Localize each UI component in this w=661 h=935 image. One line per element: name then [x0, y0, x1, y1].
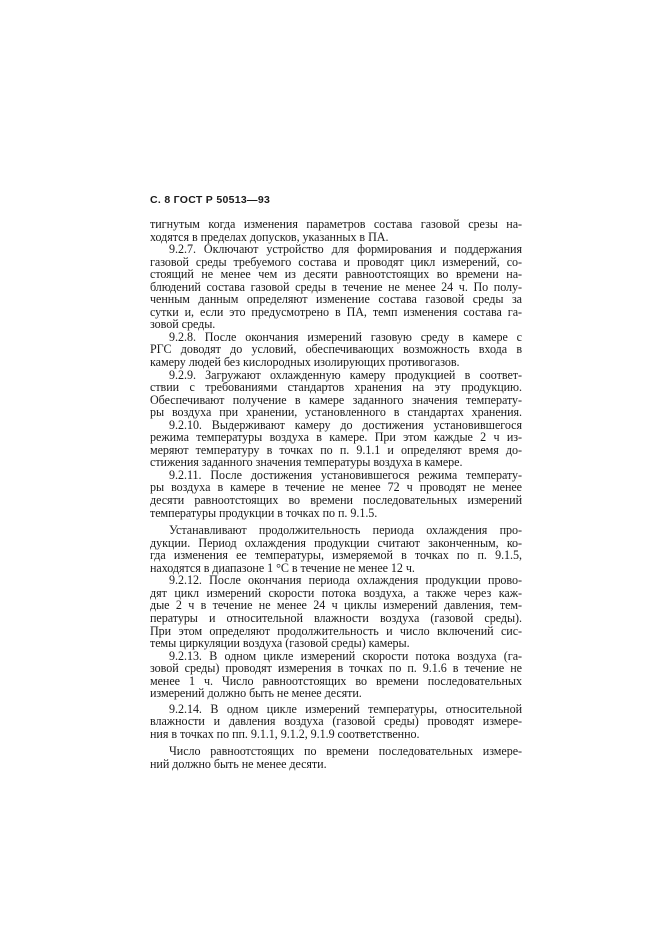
text-line: ры воздуха при хранении, установленного …: [150, 406, 522, 419]
text-line: темы циркуляции воздуха (газовой среды) …: [150, 637, 522, 650]
text-line: режима температуры воздуха в камере. При…: [150, 431, 522, 444]
paragraph-9-2-8: 9.2.8. После окончания измерений газовую…: [150, 331, 522, 369]
paragraph-9-2-14: 9.2.14. В одном цикле измерений температ…: [150, 703, 522, 741]
paragraph-9-2-9: 9.2.9. Загружают охлажденную камеру прод…: [150, 369, 522, 419]
text-line: ствии с требованиями стандартов хранения…: [150, 381, 522, 394]
text-line: стоящий не менее чем из десяти равноотст…: [150, 268, 522, 281]
text-line: зовой среды) проводят измерения в точках…: [150, 662, 522, 675]
paragraph-9-2-11: 9.2.11. После достижения установившегося…: [150, 469, 522, 519]
body-text: тигнутым когда изменения параметров сост…: [150, 218, 522, 771]
text-line: пературы и относительной влажности возду…: [150, 612, 522, 625]
paragraph-9-2-12: 9.2.12. После окончания периода охлажден…: [150, 574, 522, 649]
text-line: измерений должно быть не менее десяти.: [150, 687, 522, 700]
paragraph-9-2-13: 9.2.13. В одном цикле измерений скорости…: [150, 650, 522, 700]
paragraph-continuation: тигнутым когда изменения параметров сост…: [150, 218, 522, 243]
text-line: гда изменения ее температуры, измеряемой…: [150, 549, 522, 562]
text-line: ния в точках по пп. 9.1.1, 9.1.2, 9.1.9 …: [150, 728, 522, 741]
text-line: 9.2.12. После окончания периода охлажден…: [150, 574, 522, 587]
text-line: влажности и давления воздуха (газовой ср…: [150, 715, 522, 728]
running-head: С. 8 ГОСТ Р 50513—93: [150, 194, 522, 207]
paragraph-9-2-10: 9.2.10. Выдерживают камеру до достижения…: [150, 419, 522, 469]
text-line: температуры продукции в точках по п. 9.1…: [150, 507, 522, 520]
paragraph-9-2-14-count: Число равноотстоящих по времени последов…: [150, 745, 522, 770]
text-line: десяти равноотстоящих во времени последо…: [150, 494, 522, 507]
text-line: камеру людей без кислородных изолирующих…: [150, 356, 522, 369]
text-line: ченным данным определяют изменение соста…: [150, 293, 522, 306]
text-line: Устанавливают продолжительность периода …: [150, 524, 522, 537]
paragraph-9-2-7: 9.2.7. Оключают устройство для формирова…: [150, 243, 522, 331]
text-line: ний должно быть не менее десяти.: [150, 758, 522, 771]
text-line: 9.2.7. Оключают устройство для формирова…: [150, 243, 522, 256]
document-page: С. 8 ГОСТ Р 50513—93 тигнутым когда изме…: [150, 194, 522, 771]
paragraph-9-2-11-cooling-period: Устанавливают продолжительность периода …: [150, 524, 522, 574]
text-line: тигнутым когда изменения параметров сост…: [150, 218, 522, 231]
